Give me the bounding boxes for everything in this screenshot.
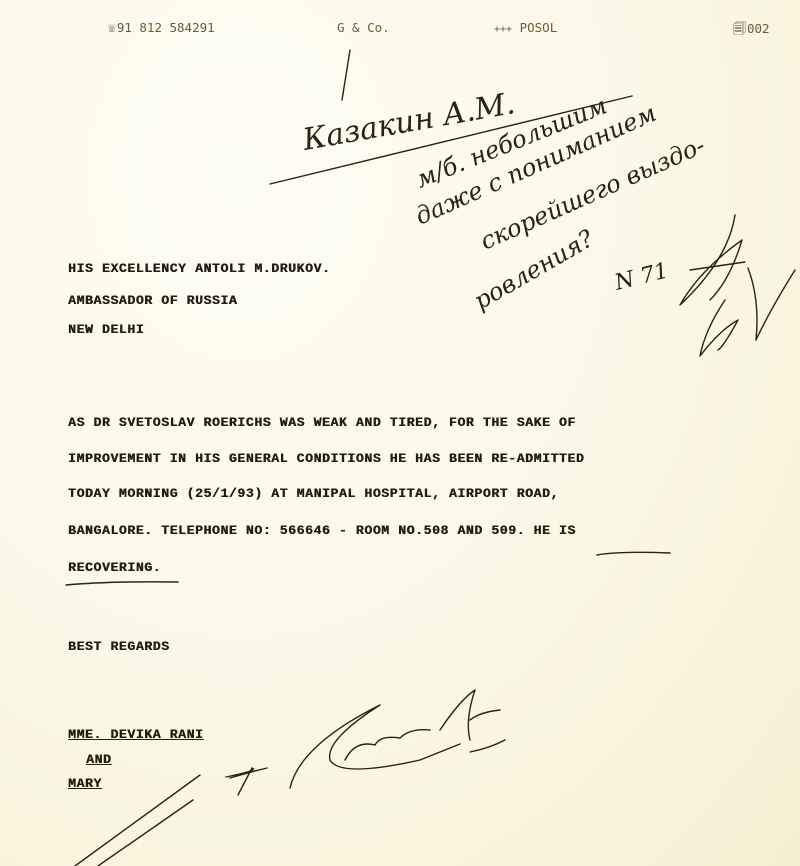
closing: BEST REGARDS [68, 639, 170, 654]
addressee-name: HIS EXCELLENCY ANTOLI M.DRUKOV. [68, 261, 330, 276]
fax-sender: G & Co. [337, 20, 390, 35]
fax-phone-number: ☏91 812 584291 [108, 20, 215, 36]
handwritten-rule-line [270, 96, 632, 184]
body-line-2: IMPROVEMENT IN HIS GENERAL CONDITIONS HE… [68, 451, 584, 466]
initials-mark-1 [680, 215, 745, 305]
arrows-icon: +++ [494, 24, 512, 35]
page-icon: 🗐 [733, 22, 746, 37]
handwritten-note-line-4: ровления? [469, 224, 599, 315]
handwritten-number: N 71 [611, 258, 671, 296]
underlined-he-is: HE IS [534, 523, 576, 538]
handwritten-addressee-note: Казакин А.М. [299, 86, 517, 158]
addressee-city: NEW DELHI [68, 322, 144, 337]
handwritten-note-line-1: м/б. небольшим [412, 91, 611, 193]
handwritten-note-line-2: даже с пониманием [411, 99, 660, 231]
signatory-2: MARY [68, 776, 102, 791]
handwritten-signature [290, 690, 505, 788]
body-line-1: AS DR SVETOSLAV ROERICHS WAS WEAK AND TI… [68, 415, 576, 430]
handwritten-note-line-3: скорейшего выздо- [476, 131, 709, 255]
body-line-4: BANGALORE. TELEPHONE NO: 566646 - ROOM N… [68, 523, 576, 538]
underline-he-is [597, 552, 670, 555]
telephone-icon: ☏ [108, 21, 116, 36]
diagonal-mark-2 [98, 800, 193, 866]
signatory-and: AND [86, 752, 111, 767]
fax-transmission-header: ☏91 812 584291 G & Co. +++ POSOL 🗐002 [0, 20, 800, 40]
addressee-title: AMBASSADOR OF RUSSIA [68, 293, 237, 308]
fax-page-number: 🗐002 [733, 20, 770, 42]
underline-recovering [66, 582, 178, 585]
body-line-3: TODAY MORNING (25/1/93) AT MANIPAL HOSPI… [68, 486, 559, 501]
initials-mark-2 [700, 268, 795, 356]
signatory-1: MME. DEVIKA RANI [68, 727, 203, 742]
fax-destination: +++ POSOL [494, 20, 557, 35]
signature-for-mark [226, 768, 267, 795]
body-line-5: RECOVERING. [68, 560, 161, 575]
